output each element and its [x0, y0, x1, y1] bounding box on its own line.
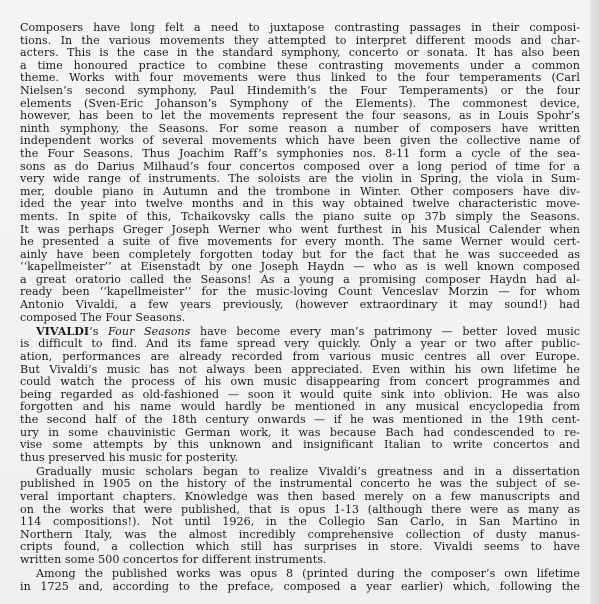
- paragraph-opus8: Among the published works was opus 8 (pr…: [20, 568, 580, 593]
- page-edge: [590, 0, 599, 604]
- text-line: vise some attempts by this unknown and i…: [20, 439, 580, 452]
- text-line: Composers have long felt a need to juxta…: [20, 22, 580, 35]
- text-line: very wide range of instruments. The solo…: [20, 173, 580, 186]
- text-line: Among the published works was opus 8 (pr…: [20, 568, 580, 581]
- paragraph-intro: Composers have long felt a need to juxta…: [20, 22, 580, 324]
- text-line: veral important chapters. Knowledge was …: [20, 491, 580, 504]
- text-line: ation, performances are already recorded…: [20, 351, 580, 364]
- text-line: ‘‘kapellmeister’’ at Eisenstadt by one J…: [20, 261, 580, 274]
- text-line: in 1725 and, according to the preface, c…: [20, 581, 580, 594]
- text-line: ments. In spite of this, Tchaikovsky cal…: [20, 211, 580, 224]
- paragraph-vivaldi: VIVALDI’s Four Seasons have become every…: [20, 326, 580, 465]
- paragraph-scholars: Gradually music scholars began to realiz…: [20, 466, 580, 567]
- text-line: the Four Seasons. Thus Joachim Raff’s sy…: [20, 148, 580, 161]
- text-line: composed The Four Seasons.: [20, 312, 580, 325]
- text-line: Antonio Vivaldi, a few years previously,…: [20, 299, 580, 312]
- text-line: he presented a suite of five movements f…: [20, 236, 580, 249]
- vivaldi-heading: VIVALDI: [36, 325, 89, 338]
- body-text: Composers have long felt a need to juxta…: [20, 22, 580, 593]
- text-line: could watch the process of his own music…: [20, 376, 580, 389]
- work-title: Four Seasons: [108, 325, 190, 338]
- text-line: the second half of the 18th century onwa…: [20, 414, 580, 427]
- text-line: written some 500 concertos for different…: [20, 554, 580, 567]
- text-line: however, has been to let the movements r…: [20, 110, 580, 123]
- text-line: acters. This is the case in the standard…: [20, 47, 580, 60]
- scanned-page: Composers have long felt a need to juxta…: [0, 0, 590, 604]
- text-line: 114 compositions!). Not until 1926, in t…: [20, 516, 580, 529]
- text-line: thus preserved his music for posterity.: [20, 452, 580, 465]
- text-line: Nielsen’s second symphony, Paul Hindemit…: [20, 85, 580, 98]
